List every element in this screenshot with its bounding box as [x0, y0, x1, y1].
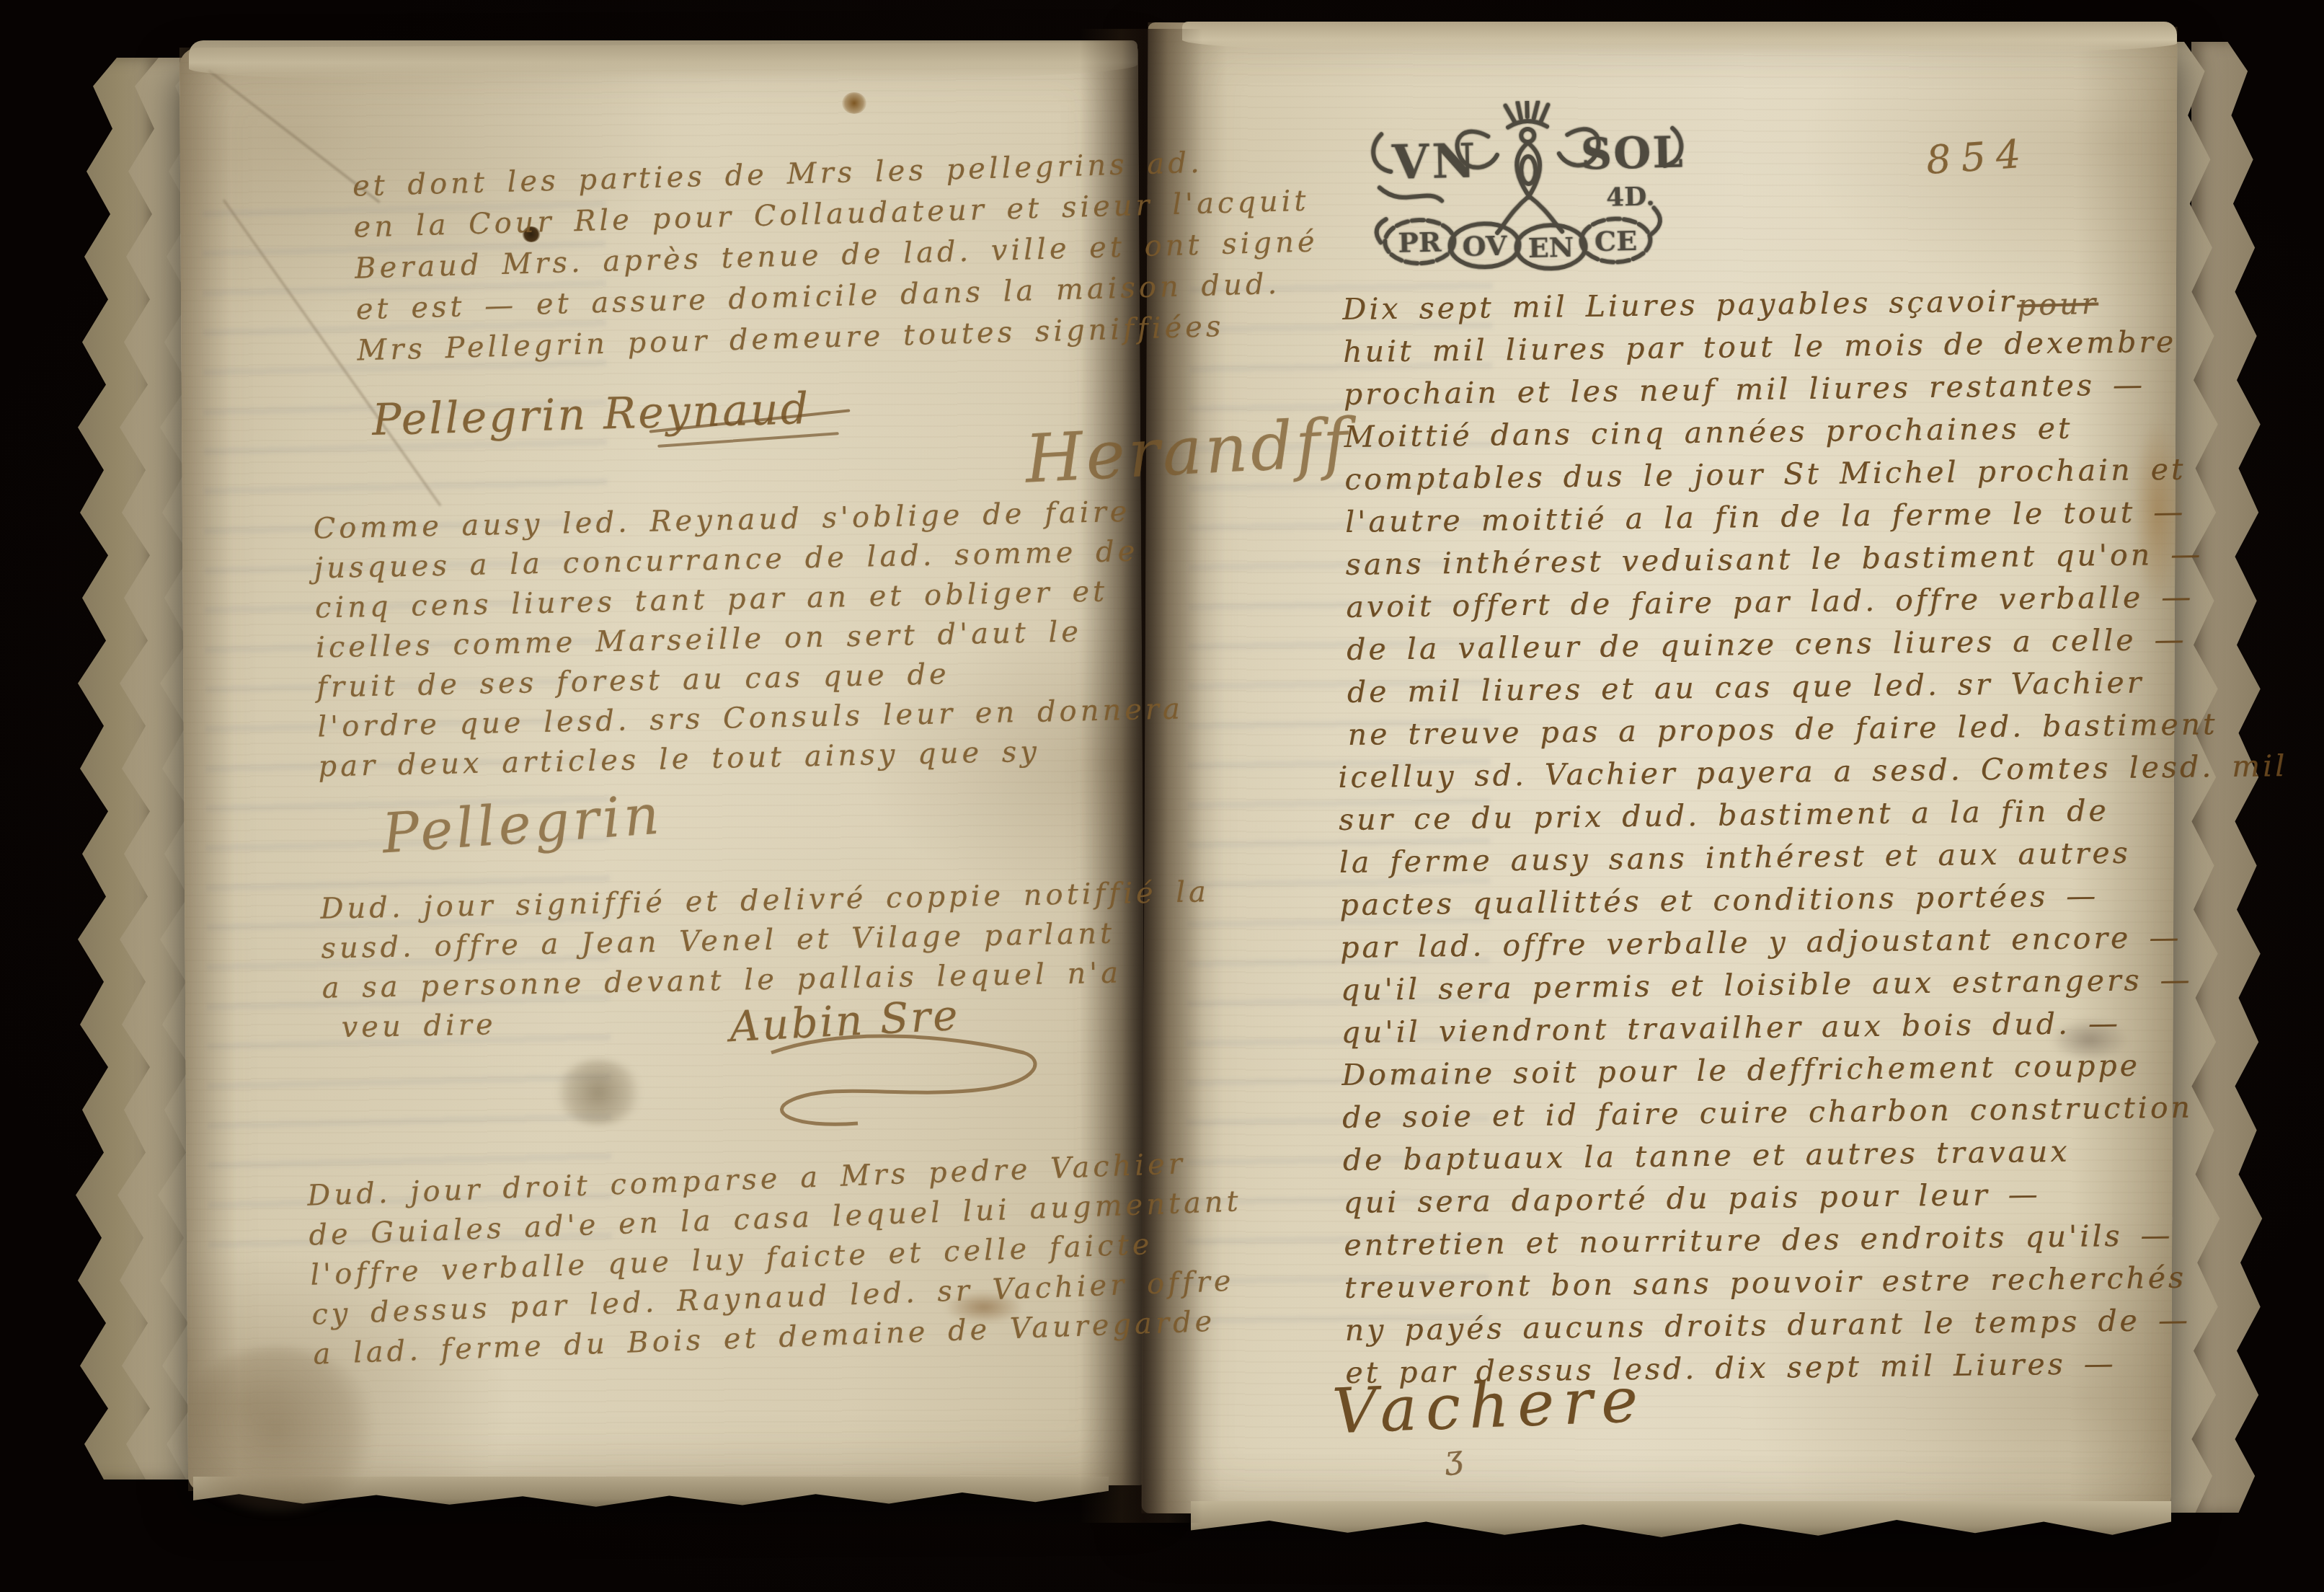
stamp-denomination: 4D.	[1606, 181, 1655, 212]
right-page-bottom-edge	[1191, 1501, 2171, 1539]
stamp-syllable: EN	[1527, 231, 1574, 264]
left-paragraph-4: Dud. jour droit comparse a Mrs pedre Vac…	[306, 1142, 1246, 1374]
stamp-syllable: CE	[1594, 224, 1637, 257]
left-paragraph-1: et dont les parties de Mrs les pellegrin…	[352, 139, 1321, 371]
stamp-syllable: OV	[1462, 229, 1508, 262]
stamp-syllable: PR	[1398, 226, 1442, 259]
tax-stamp: VN SOL 4D. PR OV EN CE	[1366, 97, 1690, 288]
right-page-text: Dix sept mil Liures payables sçavoirhuit…	[1342, 277, 2295, 1394]
stamp-right-word: SOL	[1580, 127, 1685, 180]
page-number: 854	[1925, 131, 2032, 183]
struck-word: pour	[2016, 286, 2098, 323]
manuscript-photo: et dont les parties de Mrs les pellegrin…	[0, 0, 2324, 1592]
stamp-left-word: VN	[1391, 132, 1478, 190]
right-page-top-edge	[1182, 22, 2177, 55]
page-curl-shadow	[179, 48, 239, 1491]
left-paragraph-2: Comme ausy led. Reynaud s'oblige de fair…	[313, 491, 1184, 787]
left-page-bottom-edge	[193, 1477, 1109, 1508]
signature-paraph-mark: ʒ	[1442, 1438, 1464, 1477]
signature-vachere: Vachere	[1331, 1364, 1647, 1449]
signature-paraph	[750, 1031, 1052, 1139]
left-page-top-edge	[189, 40, 1137, 81]
